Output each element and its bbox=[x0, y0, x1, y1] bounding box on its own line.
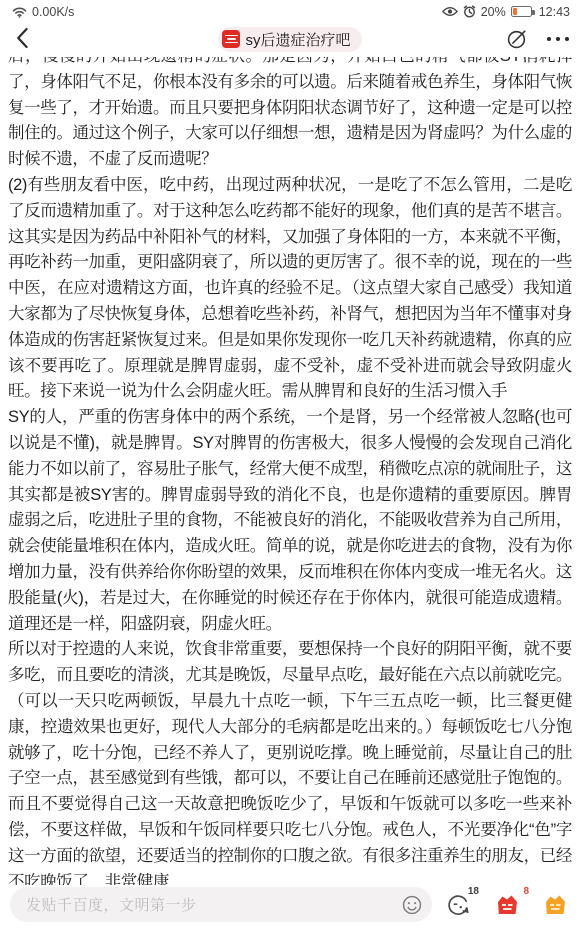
post-paragraph: (2)有些朋友看中医，吃中药，出现过两种状况，一是吃了不怎么管用，二是吃了反而遗… bbox=[8, 173, 572, 405]
clock-time: 12:43 bbox=[539, 5, 570, 19]
gold-seal-activity-icon[interactable] bbox=[542, 893, 568, 917]
reply-placeholder: 发贴千百度，文明第一步 bbox=[26, 894, 393, 915]
forum-avatar-icon bbox=[222, 30, 240, 48]
post-body: 后，慢慢的开始出现遗精的症状。那是因为，开始白色的精气都被SY消耗掉了，身体阳气… bbox=[8, 57, 572, 885]
reply-input[interactable]: 发贴千百度，文明第一步 bbox=[10, 887, 432, 922]
navigation-header: sy后遗症治疗吧 bbox=[0, 21, 580, 57]
activity-count-badge: 8 bbox=[523, 886, 529, 897]
wifi-icon bbox=[12, 6, 27, 18]
post-scroll-area[interactable]: 后，慢慢的开始出现遗精的症状。那是因为，开始白色的精气都被SY消耗掉了，身体阳气… bbox=[0, 57, 580, 885]
forum-name: sy后遗症治疗吧 bbox=[245, 29, 350, 50]
battery-icon bbox=[511, 6, 532, 17]
back-button[interactable] bbox=[8, 23, 38, 53]
comment-count-badge: 18 bbox=[468, 886, 479, 897]
eye-protection-icon bbox=[442, 6, 458, 17]
reply-toolbar: 发贴千百度，文明第一步 18 bbox=[0, 885, 580, 928]
app-screen: 0.00K/s 20% 12:43 bbox=[0, 0, 580, 928]
status-bar: 0.00K/s 20% 12:43 bbox=[0, 0, 580, 21]
forum-title-pill[interactable]: sy后遗症治疗吧 bbox=[218, 27, 361, 52]
compose-share-icon[interactable] bbox=[506, 28, 528, 50]
post-paragraph: 后，慢慢的开始出现遗精的症状。那是因为，开始白色的精气都被SY消耗掉了，身体阳气… bbox=[8, 57, 572, 173]
alarm-icon bbox=[463, 5, 476, 18]
network-speed: 0.00K/s bbox=[32, 5, 74, 19]
red-seal-activity-icon[interactable]: 8 bbox=[494, 893, 520, 917]
more-menu-icon[interactable] bbox=[546, 35, 570, 43]
comments-button[interactable]: 18 bbox=[446, 893, 470, 917]
battery-percent: 20% bbox=[481, 5, 506, 19]
post-paragraph: 所以对于控遗的人来说，饮食非常重要，要想保持一个良好的阴阳平衡，就不要多吃，而且… bbox=[8, 637, 572, 885]
post-paragraph: SY的人，严重的伤害身体中的两个系统，一个是肾，另一个经常被人忽略(也可以说是不… bbox=[8, 405, 572, 637]
emoji-icon[interactable] bbox=[401, 894, 423, 916]
